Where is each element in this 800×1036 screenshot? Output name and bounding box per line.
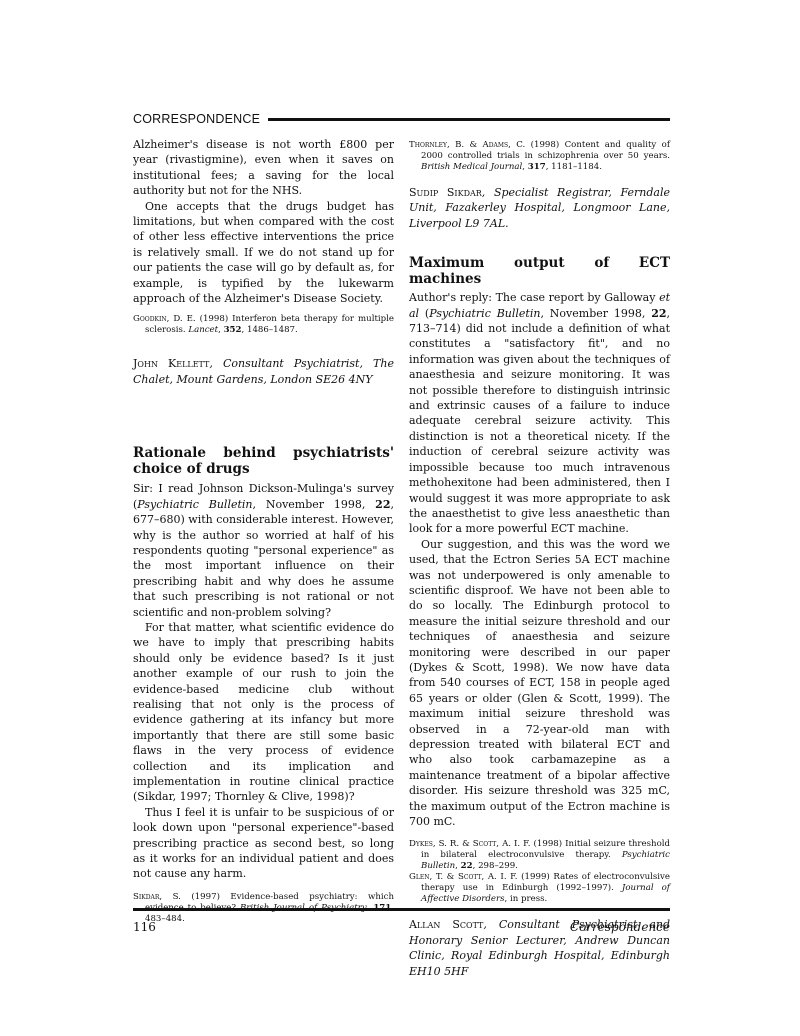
continuation-paragraph-1: Alzheimer's disease is not worth £800 pe… [133,137,394,199]
rationale-paragraph-1: Sir: I read Johnson Dickson-Mulinga's su… [133,481,394,620]
header-rule [268,118,670,121]
signature-kellett: John Kellett, Consultant Psychiatrist, T… [133,356,394,387]
ect-paragraph-1: Author's reply: The case report by Gallo… [409,290,670,537]
ect-paragraph-2: Our suggestion, and this was the word we… [409,537,670,830]
running-title: Correspondence [570,920,670,934]
left-column: Alzheimer's disease is not worth £800 pe… [133,137,394,925]
reference-goodkin: Goodkin, D. E. (1998) Interferon beta th… [133,314,394,336]
footer-rule [133,908,670,911]
article-title-ect: Maximum output of ECT machines [409,255,670,287]
page-header: CORRESPONDENCE [133,110,670,128]
continuation-paragraph-2: One accepts that the drugs budget has li… [133,199,394,307]
rationale-paragraph-2: For that matter, what scientific evidenc… [133,620,394,805]
reference-dykes: Dykes, S. R. & Scott, A. I. F. (1998) In… [409,839,670,872]
article-title-rationale: Rationale behind psychiatrists' choice o… [133,445,394,477]
right-column: Thornley, B. & Adams, C. (1998) Content … [409,137,670,979]
reference-thornley: Thornley, B. & Adams, C. (1998) Content … [409,140,670,173]
rationale-paragraph-3: Thus I feel it is unfair to be suspiciou… [133,805,394,882]
section-label: CORRESPONDENCE [133,112,260,126]
signature-sikdar: Sudip Sikdar, Specialist Registrar, Fern… [409,185,670,231]
page-number: 116 [133,920,156,934]
reference-glen: Glen, T. & Scott, A. I. F. (1999) Rates … [409,872,670,905]
